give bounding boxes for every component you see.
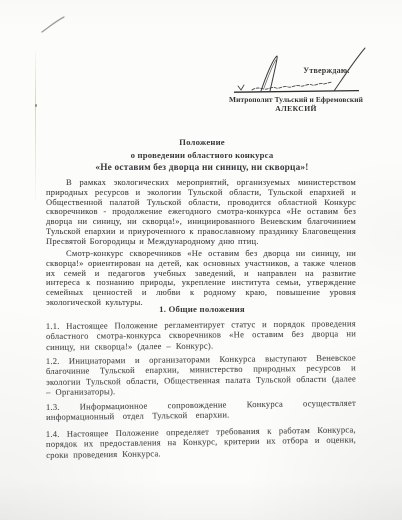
signatory-name: АЛЕКСИЙ <box>227 104 365 113</box>
clause-1-3: 1.3. Информационное сопровождение Конкур… <box>46 398 356 423</box>
intro-paragraph-1: В рамках экологических мероприятий, орга… <box>46 178 356 247</box>
clause-1-4: 1.4. Настоящее Положение определяет треб… <box>46 424 356 459</box>
signature-loop-icon <box>261 56 277 91</box>
signatory-title: Митрополит Тульский и Ефремовский <box>227 95 365 104</box>
contest-name-title: «Не оставим без дворца ни синицу, ни скв… <box>46 163 358 173</box>
signature-rule <box>234 91 359 93</box>
scanned-document-page: Утверждаю: Митрополит Тульский и Ефремов… <box>0 0 402 520</box>
approval-label: Утверждаю: <box>288 66 350 75</box>
clause-1-1: 1.1. Настоящее Положение регламентирует … <box>46 318 356 352</box>
signature-tick-icon <box>238 85 244 90</box>
signature-scribble-icon <box>252 82 332 90</box>
intro-paragraph-2: Смотр-конкурс скворечников «Не оставим б… <box>46 249 356 308</box>
document-subtitle: о проведении областного конкурса <box>46 150 358 160</box>
signature-loop-inner-icon <box>264 60 276 88</box>
scan-speck <box>35 104 37 107</box>
section-heading-general-provisions: 1. Общие положения <box>46 304 358 314</box>
document-title: Положение <box>46 137 358 147</box>
page-fold-crease <box>35 52 36 202</box>
clause-1-2: 1.2. Инициаторами и организаторами Конку… <box>46 352 356 397</box>
pen-stroke-icon <box>42 17 64 32</box>
